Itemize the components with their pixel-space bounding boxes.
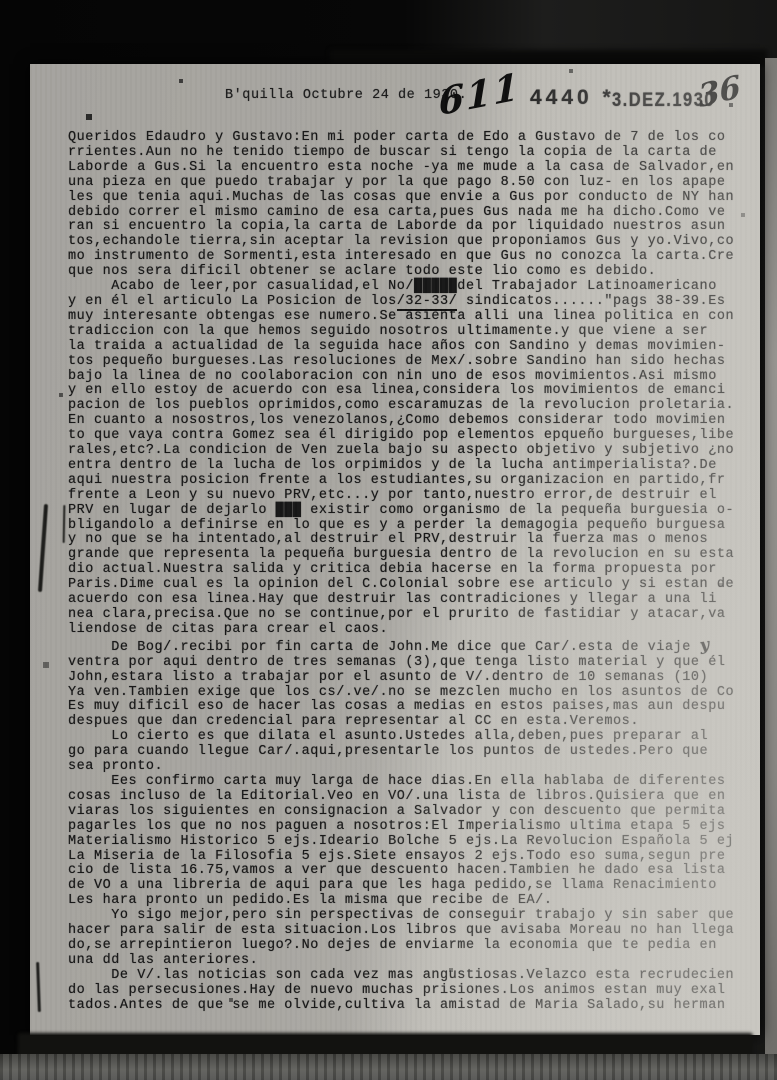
letter-line: tradiccion con la que hemos seguido noso… [68, 325, 754, 340]
letter-line: Materialismo Historico 5 ejs.Ideario Bol… [68, 835, 754, 850]
letter-line: Queridos Edaudro y Gustavo:En mi poder c… [68, 131, 754, 146]
letter-line: pacion de los pueblos oprimidos,como esc… [68, 399, 754, 414]
registry-number-stamp: 4440 * [530, 86, 615, 110]
letter-line: una pieza en que puedo trabajar y por la… [68, 176, 754, 191]
letter-line: la traida a actualidad de la seguida hac… [68, 340, 754, 355]
letter-line: entra dentro de la lucha de los orpimido… [68, 459, 754, 474]
letter-line: do las persecusiones.Hay de nuevo muchas… [68, 984, 754, 999]
letter-line: John,estara listo a trabajar por el asun… [68, 671, 754, 686]
letter-line: y en él el articulo La Posicion de los/3… [68, 295, 754, 310]
letter-line: hacer para salir de esta situacion.Los l… [68, 924, 754, 939]
letter-line: viaras los siguientes en consignacion a … [68, 805, 754, 820]
margin-pencil-mark [38, 504, 48, 592]
letter-line: De V/.las noticias son cada vez mas angu… [68, 969, 754, 984]
letter-line: acuerdo con esa linea.Hay que destruir l… [68, 593, 754, 608]
handwritten-page-number: 36 [697, 69, 743, 116]
margin-pencil-mark [63, 505, 66, 543]
letter-line: liendose de citas para crear el caos. [68, 623, 754, 638]
letter-line: ventra por aqui dentro de tres semanas (… [68, 656, 754, 671]
letter-line: pagarles los que no nos paguen a nosotro… [68, 820, 754, 835]
letter-line: Ees confirmo carta muy larga de hace dia… [68, 775, 754, 790]
letter-line: mo instrumento de Sormenti,esta interesa… [68, 250, 754, 265]
letter-line: tos pequeño burgueses.Las resoluciones d… [68, 355, 754, 370]
letter-line: rrientes.Aun no he tenido tiempo de busc… [68, 146, 754, 161]
letter-line: una dd las anteriores. [68, 954, 754, 969]
letter-page: B'quilla Octubre 24 de 1930. 611 4440 * … [30, 64, 760, 1035]
letter-line: do,se arrepintieron luego?.No dejes de e… [68, 939, 754, 954]
letter-line: En cuanto a nosostros,los venezolanos,¿C… [68, 414, 754, 429]
letter-line: aqui nuestra posicion frente a los estud… [68, 474, 754, 489]
letter-line: cosas incluso de la Editorial.Veo en VO/… [68, 790, 754, 805]
letter-line: Lo cierto es que dilata el asunto.Ustede… [68, 730, 754, 745]
letter-line: Acabo de leer,por casualidad,el No/█████… [68, 280, 754, 295]
letter-line: tados.Antes de que se me olvide,cultiva … [68, 999, 754, 1014]
letter-body: Queridos Edaudro y Gustavo:En mi poder c… [68, 131, 754, 1013]
letter-line: Laborde a Gus.Si la encuentro esta noche… [68, 161, 754, 176]
letter-line: sea pronto. [68, 760, 754, 775]
letter-line: Paris.Dime cual es la opinion del C.Colo… [68, 578, 754, 593]
letter-line: despues que dan credencial para represen… [68, 715, 754, 730]
letter-line: go para cuando llegue Car/.aqui,presenta… [68, 745, 754, 760]
letter-line: nea clara,precisa.Que no se continue,por… [68, 608, 754, 623]
letter-line: De Bog/.recibi por fin carta de John.Me … [68, 638, 754, 656]
scan-speckles [30, 64, 32, 66]
letter-line: Yo sigo mejor,pero sin perspectivas de c… [68, 909, 754, 924]
letter-line: rales,etc?.La condicion de Ven zuela baj… [68, 444, 754, 459]
letter-line: que nos sera dificil obtener se aclare t… [68, 265, 754, 280]
letter-header: B'quilla Octubre 24 de 1930. 611 4440 * … [30, 64, 760, 130]
dateline: B'quilla Octubre 24 de 1930. [225, 88, 467, 103]
letter-line: Les hara pronto un pedido.Es la misma qu… [68, 894, 754, 909]
scanner-edge-strip [765, 58, 777, 1058]
margin-pencil-mark [36, 962, 41, 1012]
letter-line: muy interesante obtengas ese numero.Se a… [68, 310, 754, 325]
letter-line: to que vaya contra Gomez sea él dirigido… [68, 429, 754, 444]
letter-line: dio actual.Nuestra salida y critica debi… [68, 563, 754, 578]
letter-line: de VO a una libreria de aqui para que le… [68, 879, 754, 894]
letter-line: frente a Leon y su nuevo PRV,etc...y por… [68, 489, 754, 504]
scanner-background [0, 1054, 777, 1080]
handwritten-number: 611 [438, 64, 520, 125]
letter-line: tos,echandole tierra,sin aceptar la revi… [68, 235, 754, 250]
letter-line: PRV en lugar de dejarlo ███ existir como… [68, 504, 754, 519]
letter-line: les que tenia aqui.Muchas de las cosas q… [68, 191, 754, 206]
scanned-letter: B'quilla Octubre 24 de 1930. 611 4440 * … [0, 0, 777, 1080]
